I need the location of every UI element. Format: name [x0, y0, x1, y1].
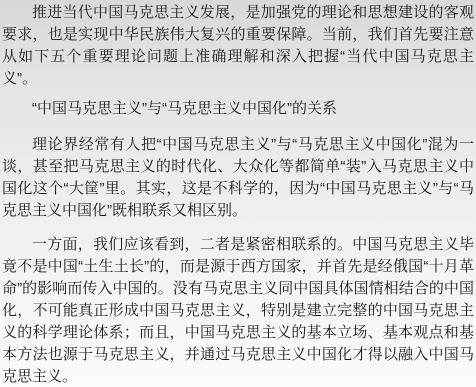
- paragraph-body-2: 一方面，我们应该看到，二者是紧密相联系的。中国马克思主义毕竟不是中国“土生土长”…: [2, 234, 474, 387]
- section-heading: “中国马克思主义”与“马克思主义中国化”的关系: [2, 98, 474, 120]
- document-page: 推进当代中国马克思主义发展，是加强党的理论和思想建设的客观要求，也是实现中华民族…: [0, 0, 476, 387]
- paragraph-intro: 推进当代中国马克思主义发展，是加强党的理论和思想建设的客观要求，也是实现中华民族…: [2, 2, 474, 90]
- paragraph-body-1: 理论界经常有人把“中国马克思主义”与“马克思主义中国化”混为一谈，甚至把马克思主…: [2, 134, 474, 222]
